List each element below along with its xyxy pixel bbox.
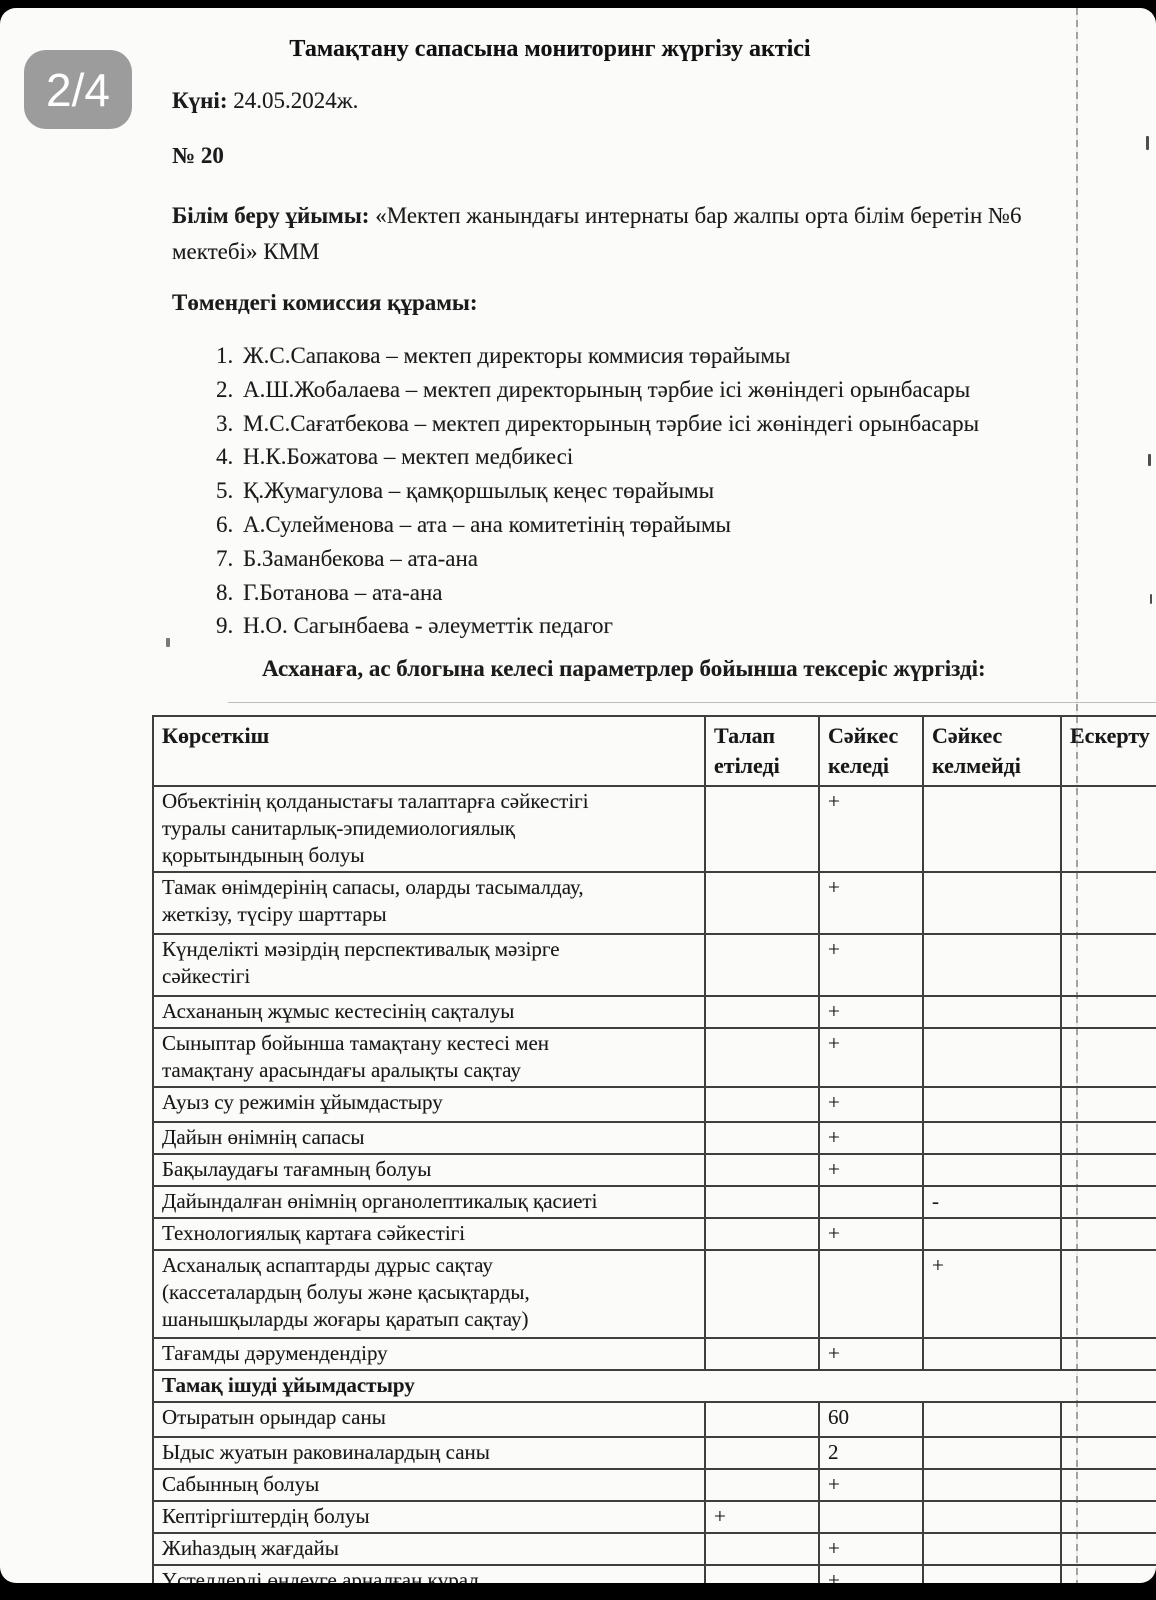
complies-cell: + (819, 1469, 923, 1501)
inspection-heading: Асханаға, ас блогына келесі параметрлер … (262, 656, 986, 682)
act-number: № 20 (172, 143, 224, 169)
not-complies-cell (923, 1218, 1061, 1250)
table-body: Объектінің қолданыстағы талаптарға сәйке… (153, 786, 1156, 1583)
table-row: Сыныптар бойынша тамақтану кестесі мен т… (153, 1028, 1156, 1087)
indicator-cell: Сабынның болуы (153, 1469, 705, 1501)
indicator-cell: Кептіргіштердің болуы (153, 1501, 705, 1533)
indicator-cell: Тағамды дәрумендендіру (153, 1338, 705, 1370)
table-row: Асханалық аспаптарды дұрыс сақтау (кассе… (153, 1250, 1156, 1338)
not-complies-cell (923, 1565, 1061, 1583)
not-complies-cell (923, 1154, 1061, 1186)
header-not-complies: Сәйкес келмейді (923, 716, 1061, 786)
complies-cell: 60 (819, 1402, 923, 1437)
table-row: Бақылаудағы тағамның болуы+ (153, 1154, 1156, 1186)
indicator-cell: Ыдыс жуатын раковиналардың саны (153, 1437, 705, 1469)
page-indicator-text: 2/4 (46, 63, 110, 117)
organization-line: Білім беру ұйымы: «Мектеп жанындағы инте… (172, 198, 1140, 270)
photo-viewer: Тамақтану сапасына мониторинг жүргізу ак… (0, 0, 1156, 1600)
required-cell (705, 1122, 819, 1154)
scan-speck-artifact (1148, 454, 1151, 466)
complies-cell (819, 1250, 923, 1338)
indicator-cell: Жиһаздың жағдайы (153, 1533, 705, 1565)
table-row: Сабынның болуы+ (153, 1469, 1156, 1501)
complies-cell: + (819, 1087, 923, 1122)
not-complies-cell: - (923, 1186, 1061, 1218)
date-label: Күні: (172, 88, 227, 113)
required-cell (705, 934, 819, 996)
table-row: Ауыз су режимін ұйымдастыру+ (153, 1087, 1156, 1122)
table-row: Асхананың жұмыс кестесінің сақталуы+ (153, 996, 1156, 1028)
indicator-cell: Күнделікті мәзірдің перспективалық мәзір… (153, 934, 705, 996)
scan-fold-line-artifact (1076, 8, 1078, 1583)
header-required: Талап етіледі (705, 716, 819, 786)
page-indicator-badge: 2/4 (24, 50, 132, 129)
indicator-cell: Ауыз су режимін ұйымдастыру (153, 1087, 705, 1122)
table-row: Үстелдерді өңдеуге арналған құрал+ (153, 1565, 1156, 1583)
header-indicator: Көрсеткіш (153, 716, 705, 786)
required-cell (705, 786, 819, 872)
commission-member: Н.К.Божатова – мектеп медбикесі (239, 440, 979, 474)
table-row: Тағамды дәрумендендіру+ (153, 1338, 1156, 1370)
complies-cell: + (819, 1565, 923, 1583)
required-cell (705, 1338, 819, 1370)
required-cell (705, 1402, 819, 1437)
required-cell (705, 996, 819, 1028)
indicator-cell: Отыратын орындар саны (153, 1402, 705, 1437)
indicator-cell: Бақылаудағы тағамның болуы (153, 1154, 705, 1186)
not-complies-cell (923, 1028, 1061, 1087)
commission-member: А.Сулейменова – ата – ана комитетінің тө… (239, 508, 979, 542)
scan-speck-artifact (1150, 594, 1152, 604)
section-title: Тамақ ішуді ұйымдастыру (153, 1370, 1156, 1402)
complies-cell (819, 1186, 923, 1218)
required-cell (705, 872, 819, 934)
document-title: Тамақтану сапасына мониторинг жүргізу ак… (170, 36, 930, 63)
complies-cell: + (819, 872, 923, 934)
not-complies-cell (923, 786, 1061, 872)
complies-cell: + (819, 1218, 923, 1250)
required-cell (705, 1087, 819, 1122)
table-row: Жиһаздың жағдайы+ (153, 1533, 1156, 1565)
scan-edge-artifact (228, 702, 1156, 703)
date-line: Күні: 24.05.2024ж. (172, 88, 358, 114)
table-row: Дайын өнімнің сапасы+ (153, 1122, 1156, 1154)
inspection-table: Көрсеткіш Талап етіледі Сәйкес келеді Сә… (152, 715, 1156, 1583)
complies-cell: + (819, 1533, 923, 1565)
complies-cell: + (819, 996, 923, 1028)
complies-cell: + (819, 1338, 923, 1370)
scanned-document-page: Тамақтану сапасына мониторинг жүргізу ак… (0, 8, 1156, 1583)
required-cell (705, 1250, 819, 1338)
complies-cell: + (819, 1028, 923, 1087)
complies-cell: + (819, 1122, 923, 1154)
table-row: Объектінің қолданыстағы талаптарға сәйке… (153, 786, 1156, 872)
complies-cell: 2 (819, 1437, 923, 1469)
required-cell (705, 1154, 819, 1186)
table-row: Күнделікті мәзірдің перспективалық мәзір… (153, 934, 1156, 996)
required-cell (705, 1186, 819, 1218)
required-cell (705, 1533, 819, 1565)
table-header-row: Көрсеткіш Талап етіледі Сәйкес келеді Сә… (153, 716, 1156, 786)
required-cell (705, 1218, 819, 1250)
indicator-cell: Асхананың жұмыс кестесінің сақталуы (153, 996, 705, 1028)
scan-speck-artifact (1146, 136, 1149, 150)
not-complies-cell (923, 872, 1061, 934)
not-complies-cell (923, 1402, 1061, 1437)
header-complies: Сәйкес келеді (819, 716, 923, 786)
indicator-cell: Дайын өнімнің сапасы (153, 1122, 705, 1154)
not-complies-cell (923, 1469, 1061, 1501)
table-row: Кептіргіштердің болуы+ (153, 1501, 1156, 1533)
not-complies-cell (923, 1087, 1061, 1122)
not-complies-cell: + (923, 1250, 1061, 1338)
scan-speck-artifact (166, 638, 170, 647)
not-complies-cell (923, 1122, 1061, 1154)
complies-cell: + (819, 786, 923, 872)
not-complies-cell (923, 1338, 1061, 1370)
not-complies-cell (923, 1501, 1061, 1533)
table-row: Тамак өнімдерінің сапасы, оларды тасымал… (153, 872, 1156, 934)
table-section-row: Тамақ ішуді ұйымдастыру (153, 1370, 1156, 1402)
commission-member: Ж.С.Сапакова – мектеп директоры коммисия… (239, 339, 979, 373)
table-row: Технологиялық картаға сәйкестігі+ (153, 1218, 1156, 1250)
commission-heading: Төмендегі комиссия құрамы: (172, 290, 478, 316)
commission-member: Б.Заманбекова – ата-ана (239, 542, 979, 576)
not-complies-cell (923, 996, 1061, 1028)
commission-member: Г.Ботанова – ата-ана (239, 576, 979, 610)
commission-list: Ж.С.Сапакова – мектеп директоры коммисия… (207, 339, 979, 643)
required-cell (705, 1028, 819, 1087)
indicator-cell: Объектінің қолданыстағы талаптарға сәйке… (153, 786, 705, 872)
required-cell: + (705, 1501, 819, 1533)
complies-cell (819, 1501, 923, 1533)
indicator-cell: Тамак өнімдерінің сапасы, оларды тасымал… (153, 872, 705, 934)
indicator-cell: Технологиялық картаға сәйкестігі (153, 1218, 705, 1250)
table-row: Ыдыс жуатын раковиналардың саны2 (153, 1437, 1156, 1469)
table-row: Отыратын орындар саны60 (153, 1402, 1156, 1437)
organization-label: Білім беру ұйымы: (172, 203, 369, 228)
required-cell (705, 1565, 819, 1583)
required-cell (705, 1437, 819, 1469)
indicator-cell: Сыныптар бойынша тамақтану кестесі мен т… (153, 1028, 705, 1087)
indicator-cell: Асханалық аспаптарды дұрыс сақтау (кассе… (153, 1250, 705, 1338)
indicator-cell: Үстелдерді өңдеуге арналған құрал (153, 1565, 705, 1583)
complies-cell: + (819, 934, 923, 996)
commission-member: Қ.Жумагулова – қамқоршылық кеңес төрайым… (239, 474, 979, 508)
not-complies-cell (923, 934, 1061, 996)
complies-cell: + (819, 1154, 923, 1186)
commission-member: Н.О. Сагынбаева - әлеуметтік педагог (239, 609, 979, 643)
not-complies-cell (923, 1437, 1061, 1469)
table-row: Дайындалған өнімнің органолептикалық қас… (153, 1186, 1156, 1218)
commission-member: А.Ш.Жобалаева – мектеп директорының тәрб… (239, 373, 979, 407)
date-value: 24.05.2024ж. (233, 88, 358, 113)
not-complies-cell (923, 1533, 1061, 1565)
required-cell (705, 1469, 819, 1501)
indicator-cell: Дайындалған өнімнің органолептикалық қас… (153, 1186, 705, 1218)
commission-member: М.С.Сағатбекова – мектеп директорының тә… (239, 407, 979, 441)
